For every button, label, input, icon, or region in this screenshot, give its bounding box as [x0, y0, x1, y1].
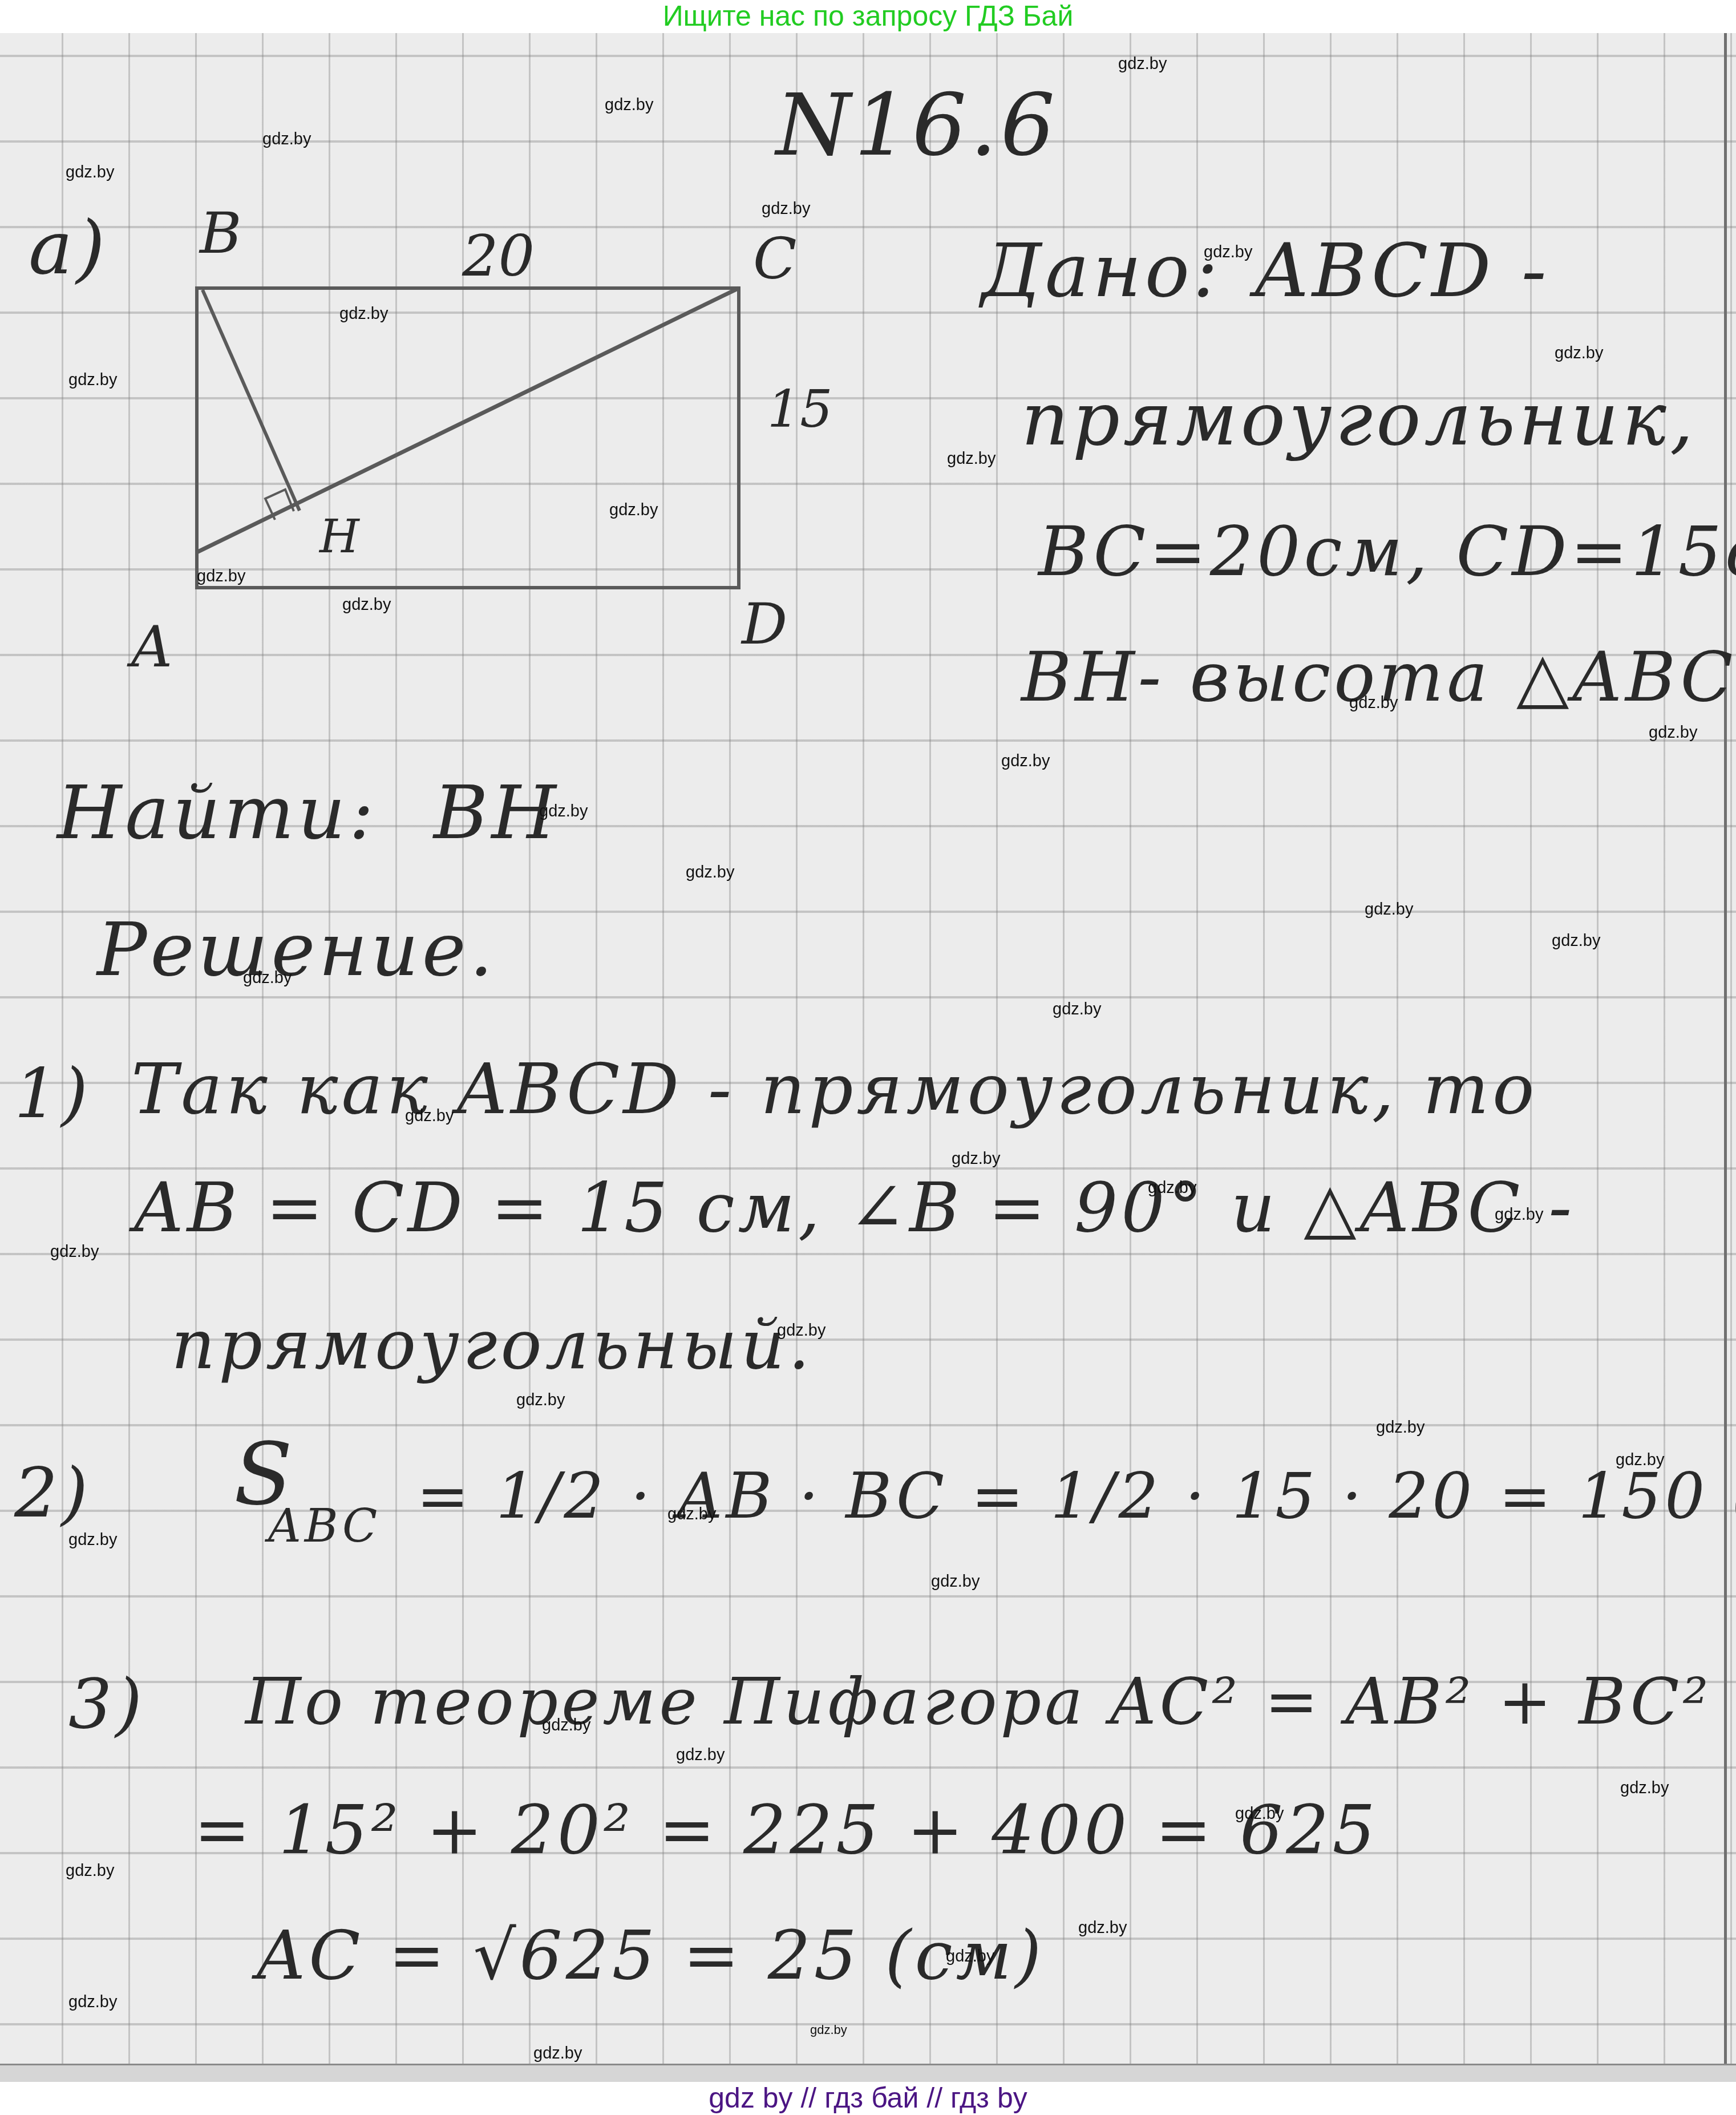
watermark: gdz.by — [609, 501, 658, 520]
watermark: gdz.by — [1053, 1000, 1101, 1019]
watermark: gdz.by — [66, 1862, 114, 1881]
watermark: gdz.by — [947, 450, 996, 468]
step-3-line-3: AC = √625 = 25 (см) — [257, 1916, 1045, 1995]
watermark: gdz.by — [1235, 1805, 1284, 1823]
step-2-area-subscript: ABC — [268, 1499, 381, 1552]
watermark: gdz.by — [931, 1572, 980, 1591]
given-line-2: прямоугольник, — [1021, 375, 1697, 462]
watermark: gdz.by — [1552, 932, 1600, 951]
watermark: gdz.by — [1078, 1919, 1127, 1938]
margin-line — [1724, 33, 1727, 2064]
watermark: gdz.by — [1365, 900, 1413, 919]
step-3-number: 3) — [68, 1665, 145, 1744]
vertex-a-label: A — [127, 613, 172, 680]
watermark: gdz.by — [1349, 694, 1398, 713]
watermark: gdz.by — [946, 1947, 994, 1966]
altitude-bh — [203, 290, 300, 511]
notebook-page: N16.6 а) B C A D H 20 15 Дано: ABCD - пр… — [0, 33, 1736, 2064]
side-cd-label: 15 — [767, 379, 833, 439]
watermark: gdz.by — [243, 969, 292, 988]
step-2-number: 2) — [14, 1454, 91, 1533]
watermark: gdz.by — [777, 1321, 825, 1340]
watermark: gdz.by — [405, 1107, 454, 1126]
search-banner: Ищите нас по запросу ГДЗ Бай — [0, 0, 1736, 33]
watermark: gdz.by — [50, 1243, 99, 1261]
side-bc-label: 20 — [462, 223, 535, 289]
watermark: gdz.by — [1616, 1451, 1664, 1470]
watermark: gdz.by — [66, 163, 114, 182]
watermark: gdz.by — [667, 1505, 716, 1524]
watermark: gdz.by — [339, 305, 388, 323]
watermark: gdz.by — [1495, 1206, 1543, 1224]
geometry-diagram: B C A D H 20 15 — [0, 33, 856, 689]
watermark: gdz.by — [1620, 1779, 1669, 1798]
watermark: gdz.by — [1001, 752, 1050, 771]
solution-heading: Решение. — [97, 906, 496, 993]
watermark: gdz.by — [676, 1746, 725, 1765]
vertex-b-label: B — [199, 200, 242, 266]
find-label: Найти: — [57, 769, 377, 856]
step-1-line-2: AB = CD = 15 см, ∠B = 90° и △ABC - — [134, 1168, 1575, 1248]
step-3-line-1: По теореме Пифагора AC² = AB² + BC² = — [245, 1665, 1736, 1739]
watermark: gdz.by — [1649, 723, 1697, 742]
watermark: gdz.by — [1118, 55, 1167, 74]
watermark: gdz.by — [342, 596, 391, 614]
given-line-3: BC=20см, CD=15см, — [1038, 512, 1736, 592]
watermark: gdz.by — [762, 200, 810, 219]
watermark: gdz.by — [68, 1531, 117, 1550]
vertex-d-label: D — [740, 591, 787, 657]
step-1-line-1: Так как ABCD - прямоугольник, то — [131, 1049, 1537, 1130]
watermark: gdz.by — [605, 96, 653, 115]
step-3-line-2: = 15² + 20² = 225 + 400 = 625 — [194, 1790, 1379, 1869]
step-2-formula: = 1/2 · AB · BC = 1/2 · 15 · 20 = 150 (с… — [416, 1459, 1736, 1532]
watermark: gdz.by — [516, 1391, 565, 1410]
given-label: Дано: — [981, 227, 1221, 314]
watermark: gdz.by — [542, 1716, 590, 1735]
watermark: gdz.by — [68, 371, 117, 390]
watermark: gdz.by — [197, 567, 245, 586]
watermark: gdz.by — [1376, 1418, 1425, 1437]
watermark: gdz.by — [1204, 243, 1252, 262]
step-1-line-3: прямоугольный. — [171, 1305, 814, 1385]
vertex-c-label: C — [753, 225, 797, 292]
footer-banner: gdz by // гдз бай // гдз by — [0, 2082, 1736, 2115]
vertex-h-label: H — [318, 510, 361, 563]
watermark: gdz.by — [262, 130, 311, 149]
watermark: gdz.by — [1148, 1179, 1196, 1198]
watermark: gdz.by — [533, 2044, 582, 2063]
watermark: gdz.by — [539, 802, 588, 821]
page-edge — [0, 2064, 1736, 2084]
watermark: gdz.by — [1555, 344, 1603, 363]
given-line-1: ABCD - — [1255, 227, 1550, 314]
watermark: gdz.by — [810, 2023, 847, 2037]
watermark: gdz.by — [952, 1150, 1000, 1168]
rectangle-abcd — [197, 288, 739, 588]
step-1-number: 1) — [14, 1054, 91, 1134]
watermark: gdz.by — [68, 1993, 117, 2012]
watermark: gdz.by — [686, 863, 734, 882]
